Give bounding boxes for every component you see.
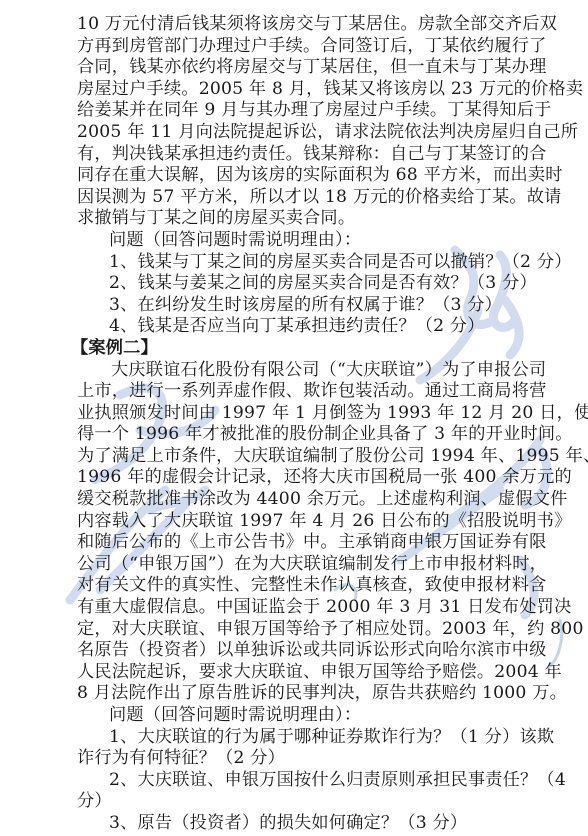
text-line: 求撤销与丁某之间的房屋买卖合同。 (77, 208, 529, 230)
document-body: 10 万元付清后钱某须将该房交与丁某居住。房款全部交齐后双 方再到房管部门办理过… (77, 14, 529, 835)
text-line: 同存在重大误解，因为该房的实际面积为 68 平方米，而出卖时 (77, 165, 529, 187)
question-item: 2、大庆联谊、申银万国按什么归责原则承担民事责任？（4 (77, 770, 529, 792)
question-item: 3、在纠纷发生时该房屋的所有权属于谁？（3 分） (77, 295, 529, 317)
text-line: 大庆联谊石化股份有限公司（“大庆联谊”）为了申报公司 (77, 360, 529, 382)
text-line: 上市，进行一系列弄虚作假、欺诈包装活动。通过工商局将营 (77, 381, 529, 403)
case1-questions: 问题（回答问题时需说明理由）： 1、钱某与丁某之间的房屋买卖合同是否可以撤销？（… (77, 230, 529, 338)
text-line: 有，判决钱某承担违约责任。钱某辩称：自己与丁某签订的合 (77, 144, 529, 166)
text-line: 为了满足上市条件，大庆联谊编制了股份公司 1994 年、1995 年、 (77, 446, 529, 468)
case1-paragraph: 10 万元付清后钱某须将该房交与丁某居住。房款全部交齐后双 方再到房管部门办理过… (77, 14, 529, 230)
case2-heading: 【案例二】 (71, 338, 529, 360)
text-line: 名原告（投资者）以单独诉讼或共同诉讼形式向哈尔滨市中级 (77, 640, 529, 662)
text-line: 业执照颁发时间由 1997 年 1 月倒签为 1993 年 12 月 20 日，… (77, 403, 529, 425)
case2-questions: 问题（回答问题时需说明理由）： 1、大庆联谊的行为属于哪种证券欺诈行为？（1 分… (77, 705, 529, 835)
questions-intro: 问题（回答问题时需说明理由）： (77, 705, 529, 727)
text-line: 缓交税款批准书涂改为 4400 余万元。上述虚构利润、虚假文件 (77, 489, 529, 511)
text-line: 10 万元付清后钱某须将该房交与丁某居住。房款全部交齐后双 (77, 14, 529, 36)
question-item: 2、钱某与姜某之间的房屋买卖合同是否有效？（3 分） (77, 273, 529, 295)
text-line: 对有关文件的真实性、完整性未作认真核查，致使申报材料含 (77, 575, 529, 597)
text-line: 房屋过户手续。2005 年 8 月，钱某又将该房以 23 万元的价格卖 (77, 79, 529, 101)
text-line: 方再到房管部门办理过户手续。合同签订后，丁某依约履行了 (77, 36, 529, 58)
question-item: 1、大庆联谊的行为属于哪种证券欺诈行为？（1 分）该欺 (77, 727, 529, 749)
document-page: 10 万元付清后钱某须将该房交与丁某居住。房款全部交齐后双 方再到房管部门办理过… (0, 0, 588, 836)
text-line: 有重大虚假信息。中国证监会于 2000 年 3 月 31 日发布处罚决 (77, 597, 529, 619)
case2-paragraph: 大庆联谊石化股份有限公司（“大庆联谊”）为了申报公司 上市，进行一系列弄虚作假、… (77, 360, 529, 706)
text-line: 得一个 1996 年才被批准的股份制企业具备了 3 年的开业时间。 (77, 424, 529, 446)
text-line: 人民法院起诉，要求大庆联谊、申银万国等给予赔偿。2004 年 (77, 662, 529, 684)
question-item: 3、原告（投资者）的损失如何确定？（3 分） (77, 813, 529, 835)
text-line: 8 月法院作出了原告胜诉的民事判决，原告共获赔约 1000 万。 (77, 683, 529, 705)
text-line: 公司（“申银万国”）在为大庆联谊编制发行上市申报材料时， (77, 554, 529, 576)
text-line: 内容载入了大庆联谊 1997 年 4 月 26 日公布的《招股说明书》 (77, 511, 529, 533)
question-item: 1、钱某与丁某之间的房屋买卖合同是否可以撤销？（2 分） (77, 252, 529, 274)
text-line: 定，对大庆联谊、申银万国等给予了相应处罚。2003 年，约 800 (77, 619, 529, 641)
text-line: 合同，钱某亦依约将房屋交与丁某居住，但一直未与丁某办理 (77, 57, 529, 79)
question-item-continued: 诈行为有何特征？（2 分） (77, 748, 529, 770)
text-line: 1996 年的虚假会计记录，还将大庆市国税局一张 400 余万元的 (77, 467, 529, 489)
questions-intro: 问题（回答问题时需说明理由）： (77, 230, 529, 252)
text-line: 因误测为 57 平方米，所以才以 18 万元的价格卖给丁某。故请 (77, 187, 529, 209)
text-line: 2005 年 11 月向法院提起诉讼，请求法院依法判决房屋归自己所 (77, 122, 529, 144)
question-item-continued: 分） (77, 791, 529, 813)
text-line: 和随后公布的《上市公告书》中。主承销商申银万国证券有限 (77, 532, 529, 554)
text-line: 给姜某并在同年 9 月与其办理了房屋过户手续。丁某得知后于 (77, 100, 529, 122)
question-item: 4、钱某是否应当向丁某承担违约责任？（2 分） (77, 316, 529, 338)
